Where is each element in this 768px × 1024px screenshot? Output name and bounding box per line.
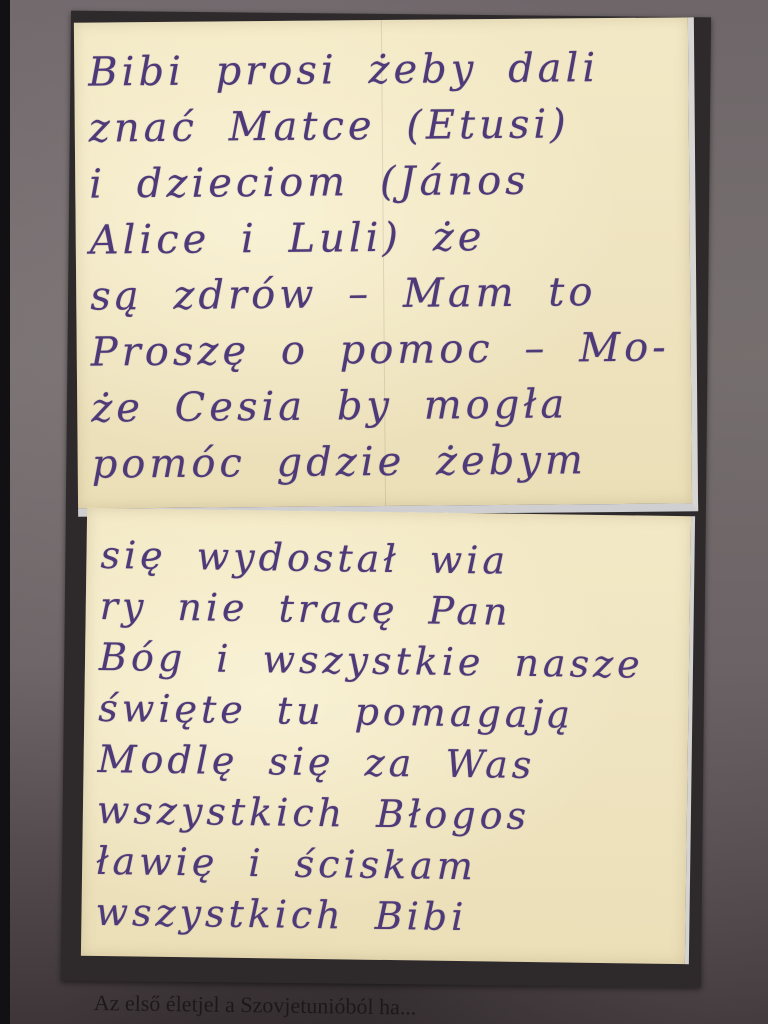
handwritten-line: święte tu pomagają <box>98 683 679 742</box>
handwritten-line: pomóc gdzie żebym <box>91 431 681 492</box>
handwritten-line: wszystkich Błogos <box>97 785 678 844</box>
handwritten-text-top: Bibi prosi żeby dali znać Matce (Etusi) … <box>88 39 682 492</box>
handwritten-line: Alice i Luli) że <box>90 207 680 268</box>
dark-frame-edge <box>0 0 10 1024</box>
handwritten-line: Bibi prosi żeby dali <box>88 39 678 100</box>
handwritten-line: Proszę o pomoc – Mo- <box>90 319 680 380</box>
letter-card-top: Bibi prosi żeby dali znać Matce (Etusi) … <box>74 17 698 516</box>
exhibit-caption: Az első életjel a Szovjetunióból ha... <box>94 990 417 1021</box>
handwritten-line: i dzieciom (János <box>89 151 679 212</box>
photograph: Bibi prosi żeby dali znać Matce (Etusi) … <box>0 0 768 1024</box>
handwritten-line: wszystkich Bibi <box>95 887 676 946</box>
handwritten-text-bottom: się wydostał wia ry nie tracę Pan Bóg i … <box>95 530 681 946</box>
handwritten-line: się wydostał wia <box>100 530 681 589</box>
handwritten-line: znać Matce (Etusi) <box>89 95 679 156</box>
handwritten-line: ry nie tracę Pan <box>99 581 680 640</box>
handwritten-line: są zdrów – Mam to <box>90 263 680 324</box>
handwritten-line: ławię i ściskam <box>96 836 677 895</box>
handwritten-line: Bóg i wszystkie nasze <box>99 632 680 691</box>
handwritten-line: że Cesia by mogła <box>91 375 681 436</box>
letter-card-bottom: się wydostał wia ry nie tracę Pan Bóg i … <box>81 508 695 964</box>
handwritten-line: Modlę się za Was <box>97 734 678 793</box>
